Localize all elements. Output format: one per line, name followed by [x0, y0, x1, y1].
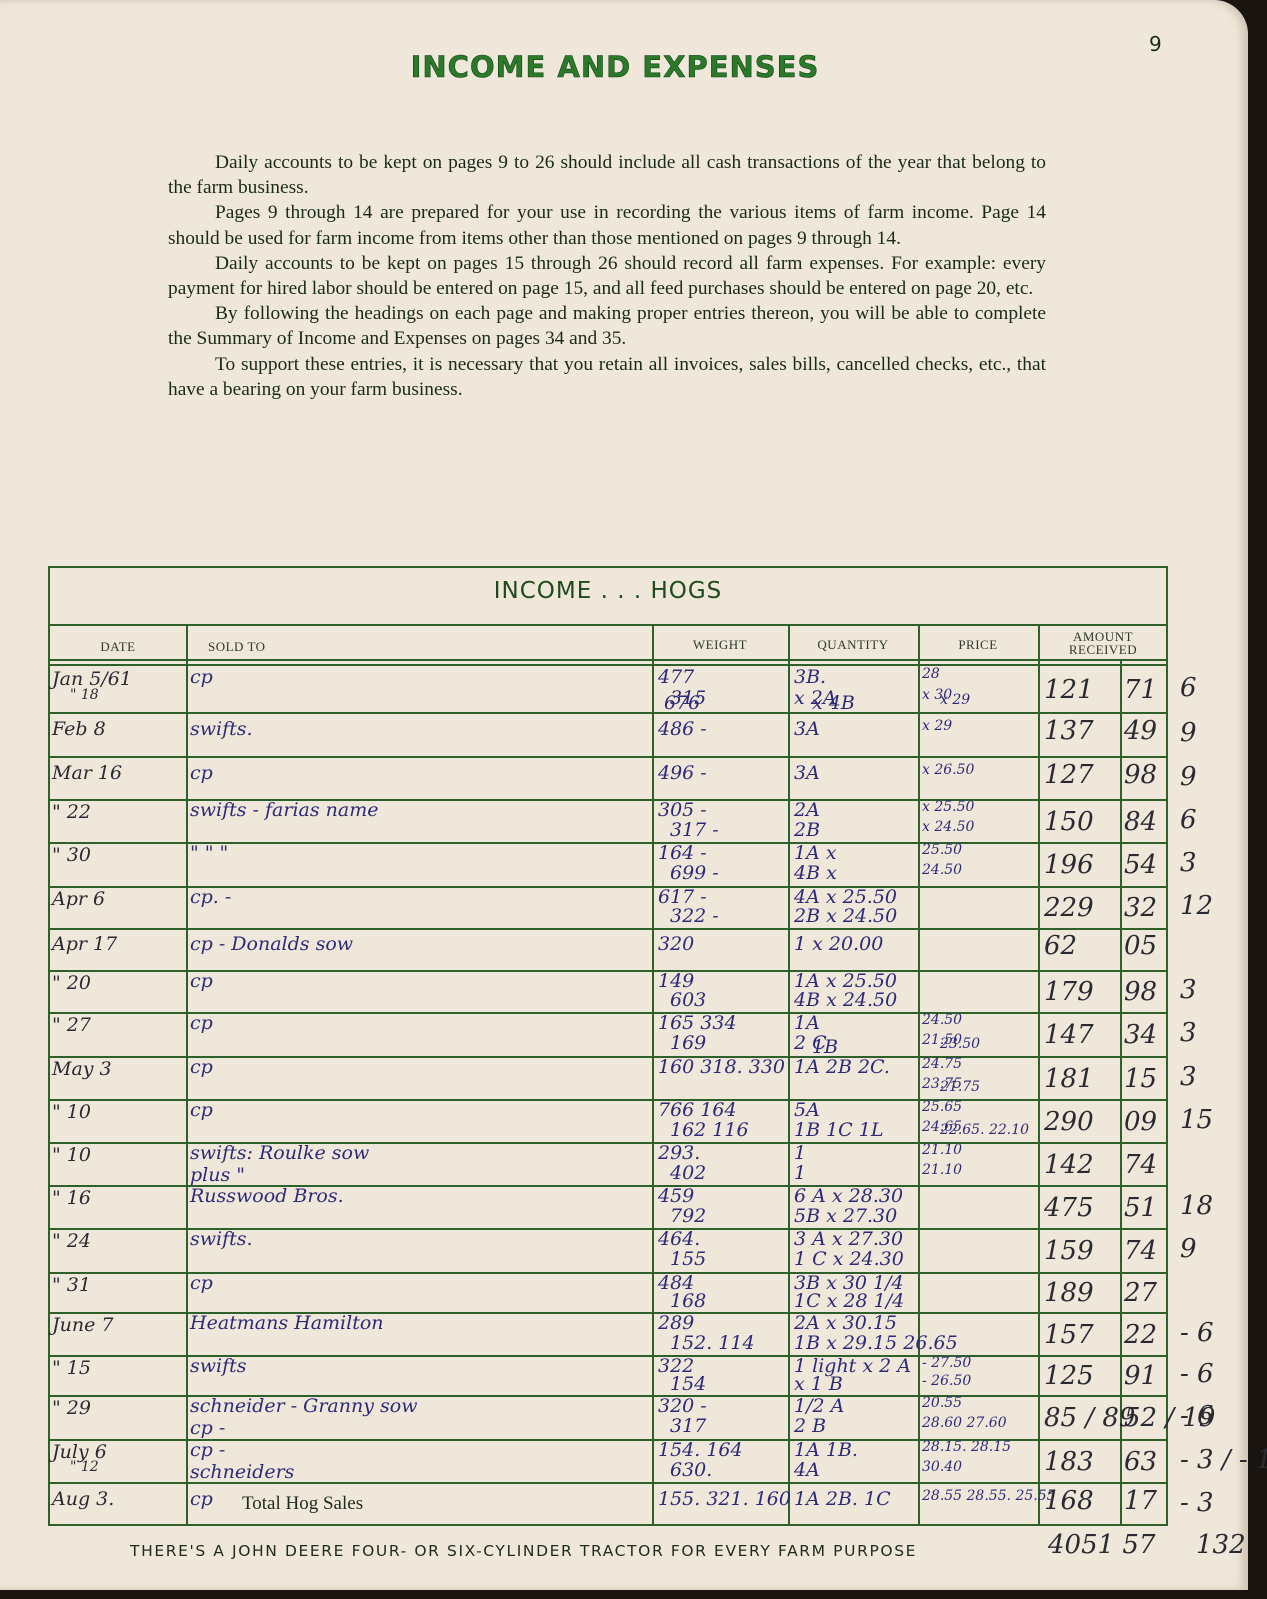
margin-tally: - 6	[1180, 1318, 1214, 1348]
entry-amount-cents: 51	[1124, 1193, 1157, 1223]
margin-tally: 18	[1180, 1191, 1213, 1221]
entry-amount-cents: 91	[1124, 1361, 1157, 1391]
entry-date: " 30	[52, 844, 91, 866]
entry-amount-dollars: 150	[1044, 807, 1094, 837]
entry-date: " 20	[52, 972, 91, 994]
entry-date: " 10	[52, 1101, 91, 1123]
entry-price: 21.10	[922, 1162, 962, 1178]
entry-amount-cents: 09	[1124, 1107, 1157, 1137]
entry-quantity: 1A 2B 2C.	[794, 1056, 890, 1078]
entry-quantity: 1C x 28 1/4	[794, 1290, 904, 1312]
entry-amount-dollars: 179	[1044, 977, 1094, 1007]
entry-amount-dollars: 121	[1044, 675, 1094, 705]
entry-sold-to: cp	[190, 1272, 213, 1294]
entry-sold-to: swifts - farias name	[190, 799, 378, 821]
entry-quantity: 4A	[794, 1459, 820, 1481]
column-header-date: DATE	[50, 640, 186, 653]
entry-sold-to: cp	[190, 762, 213, 784]
margin-tally: 6	[1180, 805, 1197, 835]
entry-sold-to: cp -	[190, 1417, 225, 1439]
entry-price: x 26.50	[922, 762, 974, 778]
entry-sold-to: plus "	[190, 1164, 245, 1186]
instruction-paragraph: Daily accounts to be kept on pages 9 to …	[168, 150, 1046, 200]
entry-weight: 322 -	[670, 905, 719, 927]
entry-weight: 496 -	[658, 762, 707, 784]
entry-sold-to: cp	[190, 1099, 213, 1121]
entry-price: 21.75	[940, 1079, 980, 1095]
column-header-quantity: QUANTITY	[788, 638, 918, 651]
entry-date: " 24	[52, 1230, 91, 1252]
row-rule	[50, 928, 1166, 930]
page-title: INCOME AND EXPENSES	[0, 50, 1230, 84]
entry-amount-dollars: 157	[1044, 1320, 1094, 1350]
table-title: INCOME . . . HOGS	[50, 578, 1166, 604]
entry-weight: 152. 114	[670, 1332, 755, 1354]
entry-price: 28.15. 28.15	[922, 1439, 1011, 1455]
grand-total-tally: 132	[1196, 1530, 1246, 1560]
entry-amount-dollars: 62	[1044, 931, 1077, 961]
entry-sold-to: cp	[190, 970, 213, 992]
entry-sold-to: Heatmans Hamilton	[190, 1312, 384, 1334]
entry-quantity: 3A	[794, 718, 820, 740]
entry-sold-to: swifts.	[190, 718, 253, 740]
margin-tally: 12	[1180, 891, 1213, 921]
entry-weight: 477	[658, 666, 694, 688]
column-header-amount-received: AMOUNT RECEIVED	[1038, 630, 1168, 656]
grand-total-note: 4051 57	[1048, 1530, 1156, 1560]
entry-amount-cents: 74	[1124, 1150, 1157, 1180]
entry-weight: 160 318. 330	[658, 1056, 785, 1078]
margin-tally: 3	[1180, 1018, 1197, 1048]
entry-date: June 7	[52, 1314, 113, 1336]
entry-quantity: x 1 B	[794, 1373, 843, 1395]
instruction-paragraph: By following the headings on each page a…	[168, 301, 1046, 351]
entry-weight: 792	[670, 1205, 706, 1227]
entry-sold-to: schneiders	[190, 1461, 294, 1483]
entry-price: x 25.50	[922, 799, 974, 815]
column-header-price: PRICE	[918, 638, 1038, 651]
entry-weight: 164 -	[658, 842, 707, 864]
instructions: Daily accounts to be kept on pages 9 to …	[168, 150, 1046, 402]
entry-weight: 317	[670, 1415, 706, 1437]
row-rule	[50, 970, 1166, 972]
margin-tally: 3	[1180, 975, 1197, 1005]
entry-amount-cents: 05	[1124, 931, 1157, 961]
entry-date: May 3	[52, 1058, 112, 1080]
entry-date: " 15	[52, 1357, 91, 1379]
income-hogs-table: INCOME . . . HOGS DATE SOLD TO WEIGHT QU…	[48, 566, 1168, 1526]
column-rule	[652, 624, 654, 1526]
entry-amount-dollars: 189	[1044, 1278, 1094, 1308]
entry-amount-cents: 34	[1124, 1020, 1157, 1050]
entry-amount-cents: 15	[1124, 1064, 1157, 1094]
margin-tally: 6	[1180, 673, 1197, 703]
entry-price: 24.50	[922, 862, 962, 878]
ledger-page: 9 INCOME AND EXPENSES Daily accounts to …	[0, 0, 1248, 1590]
entry-amount-cents: 22	[1124, 1320, 1157, 1350]
entry-amount-dollars: 147	[1044, 1020, 1094, 1050]
row-rule	[50, 1099, 1166, 1101]
row-rule	[50, 659, 1166, 661]
entry-price: - 26.50	[922, 1373, 971, 1389]
entry-amount-cents: 98	[1124, 760, 1157, 790]
entry-date: " 27	[52, 1014, 91, 1036]
entry-amount-cents: 54	[1124, 850, 1157, 880]
entry-date: " 31	[52, 1274, 91, 1296]
entry-quantity: 1 x 20.00	[794, 933, 883, 955]
entry-price: x 29	[922, 718, 952, 734]
entry-price: 23.50	[940, 1036, 980, 1052]
margin-tally: 9	[1180, 718, 1197, 748]
entry-price: 25.50	[922, 842, 962, 858]
margin-tally: - 6	[1180, 1359, 1214, 1389]
entry-weight: 464.	[658, 1228, 700, 1250]
margin-tally: - 3 / - 12	[1180, 1445, 1267, 1475]
instruction-paragraph: Daily accounts to be kept on pages 15 th…	[168, 251, 1046, 301]
column-rule	[186, 624, 188, 1526]
entry-quantity: 3B.	[794, 666, 826, 688]
row-rule	[50, 1272, 1166, 1274]
entry-quantity: 1B 1C 1L	[794, 1119, 883, 1141]
entry-sold-to: cp. -	[190, 886, 231, 908]
entry-amount-dollars: 127	[1044, 760, 1094, 790]
entry-quantity: 1A x	[794, 842, 837, 864]
entry-sold-to: " " "	[190, 842, 228, 864]
entry-weight: 162 116	[670, 1119, 749, 1141]
entry-sold-to: cp -	[190, 1439, 225, 1461]
instruction-paragraph: To support these entries, it is necessar…	[168, 352, 1046, 402]
entry-price: x 29	[940, 692, 970, 708]
entry-weight: 630.	[670, 1459, 712, 1481]
entry-amount-cents: 74	[1124, 1236, 1157, 1266]
entry-price: 28.60 27.60	[922, 1415, 1007, 1431]
entry-quantity: 1A	[794, 1012, 820, 1034]
entry-date: Apr 17	[52, 933, 117, 955]
entry-weight: 317 -	[670, 819, 719, 841]
total-hog-sales-label: Total Hog Sales	[242, 1493, 363, 1515]
entry-amount-dollars: 85 / 89	[1044, 1403, 1135, 1433]
entry-date: " 10	[52, 1144, 91, 1166]
entry-sold-to: cp	[190, 666, 213, 688]
entry-price: 30.40	[922, 1459, 962, 1475]
entry-weight: 155. 321. 160	[658, 1488, 791, 1510]
entry-amount-cents: 32	[1124, 893, 1157, 923]
entry-quantity: 4B x	[794, 862, 837, 884]
entry-weight: 486 -	[658, 718, 707, 740]
entry-amount-dollars: 196	[1044, 850, 1094, 880]
entry-quantity: 1	[794, 1162, 806, 1184]
entry-sold-to: swifts	[190, 1355, 247, 1377]
entry-price: 24.50	[922, 1012, 962, 1028]
entry-date: Mar 16	[52, 762, 122, 784]
entry-weight: 154	[670, 1373, 706, 1395]
entry-quantity: 1B	[812, 1036, 838, 1058]
entry-sold-to: cp	[190, 1488, 213, 1510]
entry-quantity: 2B x 24.50	[794, 905, 897, 927]
entry-quantity: 1 C x 24.30	[794, 1248, 904, 1270]
entry-quantity: 3A	[794, 762, 820, 784]
entry-amount-dollars: 229	[1044, 893, 1094, 923]
margin-tally: - 6	[1180, 1401, 1214, 1431]
entry-amount-cents: 49	[1124, 716, 1157, 746]
entry-price: 28	[922, 666, 940, 682]
margin-tally: 3	[1180, 848, 1197, 878]
column-rule	[918, 624, 920, 1526]
margin-tally: 15	[1180, 1105, 1213, 1135]
entry-price: 25.65	[922, 1099, 962, 1115]
entry-weight: 169	[670, 1032, 706, 1054]
amount-header-line2: RECEIVED	[1038, 643, 1168, 656]
entry-sold-to: schneider - Granny sow	[190, 1395, 417, 1417]
entry-date: " 12	[70, 1459, 99, 1475]
entry-amount-cents: 17	[1124, 1486, 1157, 1516]
entry-amount-dollars: 475	[1044, 1193, 1094, 1223]
entry-quantity: 2 B	[794, 1415, 826, 1437]
row-rule	[50, 756, 1166, 758]
entry-price: 22.65. 22.10	[940, 1122, 1029, 1138]
footer-advert: THERE'S A JOHN DEERE FOUR- OR SIX-CYLIND…	[130, 1542, 917, 1560]
entry-price: 20.55	[922, 1395, 962, 1411]
entry-amount-dollars: 125	[1044, 1361, 1094, 1391]
entry-sold-to: Russwood Bros.	[190, 1185, 344, 1207]
entry-sold-to: swifts.	[190, 1228, 253, 1250]
entry-amount-dollars: 142	[1044, 1150, 1094, 1180]
entry-price: x 24.50	[922, 819, 974, 835]
entry-amount-dollars: 181	[1044, 1064, 1094, 1094]
margin-tally: 9	[1180, 1234, 1197, 1264]
row-rule	[50, 624, 1166, 626]
entry-amount-dollars: 290	[1044, 1107, 1094, 1137]
entry-sold-to: cp - Donalds sow	[190, 933, 353, 955]
row-rule	[50, 1012, 1166, 1014]
row-rule	[50, 664, 1166, 666]
column-rule	[1120, 659, 1122, 1526]
entry-date: " 18	[70, 687, 99, 703]
entry-weight: 165 334	[658, 1012, 737, 1034]
entry-amount-cents: 27	[1124, 1278, 1157, 1308]
entry-weight: 676	[664, 692, 700, 714]
margin-tally: - 3	[1180, 1488, 1214, 1518]
entry-amount-dollars: 168	[1044, 1486, 1094, 1516]
entry-weight: 320	[658, 933, 694, 955]
entry-date: " 22	[52, 801, 91, 823]
entry-date: " 29	[52, 1397, 91, 1419]
entry-sold-to: swifts: Roulke sow	[190, 1142, 369, 1164]
margin-tally: 9	[1180, 762, 1197, 792]
entry-sold-to: cp	[190, 1012, 213, 1034]
entry-amount-dollars: 159	[1044, 1236, 1094, 1266]
entry-amount-cents: 63	[1124, 1447, 1157, 1477]
entry-sold-to: cp	[190, 1056, 213, 1078]
column-rule	[1038, 624, 1040, 1526]
entry-date: Apr 6	[52, 888, 105, 910]
entry-amount-cents: 84	[1124, 807, 1157, 837]
entry-price: - 27.50	[922, 1355, 971, 1371]
entry-quantity: 4B x 24.50	[794, 989, 897, 1011]
entry-amount-dollars: 183	[1044, 1447, 1094, 1477]
entry-quantity: 2B	[794, 819, 820, 841]
entry-amount-cents: 71	[1124, 675, 1157, 705]
entry-amount-dollars: 137	[1044, 716, 1094, 746]
entry-quantity: 3 A x 27.30	[794, 1228, 903, 1250]
row-rule	[50, 1056, 1166, 1058]
entry-quantity: 1B x 29.15 26.65	[794, 1332, 958, 1354]
entry-weight: 402	[670, 1162, 706, 1184]
entry-weight: 320 -	[658, 1395, 707, 1417]
entry-weight: 699 -	[670, 862, 719, 884]
entry-price: 21.10	[922, 1142, 962, 1158]
margin-tally: 3	[1180, 1062, 1197, 1092]
entry-weight: 155	[670, 1248, 706, 1270]
column-header-sold-to: SOLD TO	[208, 640, 266, 653]
column-rule	[788, 624, 790, 1526]
entry-date: " 16	[52, 1187, 91, 1209]
entry-price: 24.75	[922, 1056, 962, 1072]
entry-quantity: 5B x 27.30	[794, 1205, 897, 1227]
entry-amount-cents: 98	[1124, 977, 1157, 1007]
entry-weight: 603	[670, 989, 706, 1011]
entry-quantity: 1/2 A	[794, 1395, 844, 1417]
entry-date: Aug 3.	[52, 1488, 114, 1510]
entry-date: Feb 8	[52, 718, 106, 740]
entry-weight: 168	[670, 1290, 706, 1312]
entry-quantity: 1A 2B. 1C	[794, 1488, 891, 1510]
entry-quantity: x 4B	[812, 692, 855, 714]
column-header-weight: WEIGHT	[652, 638, 788, 651]
entry-price: 28.55 28.55. 25.55	[922, 1488, 1056, 1504]
instruction-paragraph: Pages 9 through 14 are prepared for your…	[168, 200, 1046, 250]
row-rule	[50, 712, 1166, 714]
